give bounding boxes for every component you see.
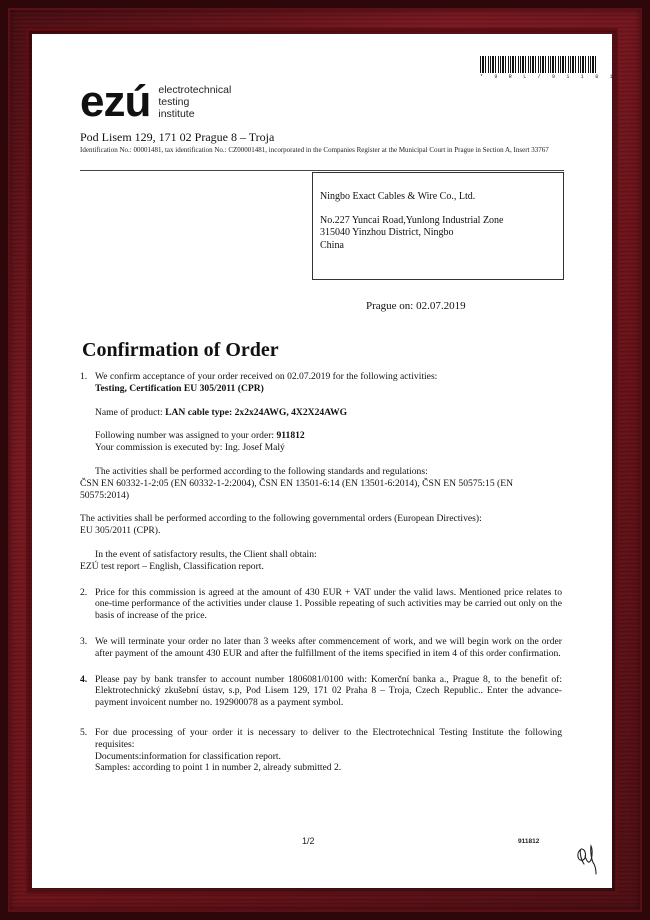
results: EZÚ test report – English, Classificatio…: [80, 561, 562, 573]
standards-intro: The activities shall be performed accord…: [95, 466, 562, 478]
clause-4: 4. Please pay by bank transfer to accoun…: [80, 674, 562, 709]
place-date: Prague on: 02.07.2019: [366, 300, 466, 312]
product-label: Name of product:: [95, 407, 165, 418]
page-number: 1/2: [302, 836, 315, 846]
order-number-label: Following number was assigned to your or…: [95, 430, 276, 441]
barcode-text: * 9 R L / 9 1 1 8 1 2 *: [480, 74, 598, 80]
recipient-address-line: 315040 Yinzhou District, Ningbo: [320, 227, 563, 240]
logo-line: testing: [158, 96, 231, 108]
clause-5-text: For due processing of your order it is n…: [95, 727, 562, 751]
activity: Testing, Certification EU 305/2011 (CPR): [95, 383, 562, 395]
recipient-address-line: No.227 Yuncai Road,Yunlong Industrial Zo…: [320, 215, 563, 228]
clause-number: 5.: [80, 727, 87, 739]
clause-2-text: Price for this commission is agreed at t…: [95, 587, 562, 622]
logo-text: electrotechnical testing institute: [158, 84, 231, 120]
institute-address: Pod Lisem 129, 171 02 Prague 8 – Troja: [80, 130, 274, 145]
recipient-company: Ningbo Exact Cables & Wire Co., Ltd.: [320, 191, 563, 204]
identification-info: Identification No.: 00001481, tax identi…: [80, 146, 580, 156]
ezu-logo: ezú electrotechnical testing institute: [80, 84, 231, 120]
document-title: Confirmation of Order: [82, 339, 279, 362]
executor: Your commission is executed by: Ing. Jos…: [95, 442, 562, 454]
logo-line: institute: [158, 108, 231, 120]
recipient-country: China: [320, 240, 563, 253]
clause-3-text: We will terminate your order no later th…: [95, 636, 562, 660]
product-line: Name of product: LAN cable type: 2x2x24A…: [95, 407, 562, 419]
clause-number: 2.: [80, 587, 87, 599]
gov-orders: EU 305/2011 (CPR).: [80, 525, 562, 537]
barcode-bars: [480, 56, 598, 73]
barcode: * 9 R L / 9 1 1 8 1 2 *: [480, 56, 598, 82]
clause-4-text: Please pay by bank transfer to account n…: [95, 674, 562, 709]
order-number-line: Following number was assigned to your or…: [95, 430, 562, 442]
clause-3: 3. We will terminate your order no later…: [80, 636, 562, 660]
recipient-address-box: Ningbo Exact Cables & Wire Co., Ltd. No.…: [312, 172, 564, 280]
clause-1-intro: We confirm acceptance of your order rece…: [95, 371, 562, 383]
results-intro: In the event of satisfactory results, th…: [80, 549, 562, 561]
documents-requisite: Documents:information for classification…: [95, 751, 562, 763]
clause-5: 5. For due processing of your order it i…: [80, 727, 562, 774]
signature-icon: [574, 840, 604, 876]
samples-requisite: Samples: according to point 1 in number …: [95, 762, 562, 774]
standards-list: ČSN EN 60332-1-2:05 (EN 60332-1-2:2004),…: [80, 478, 562, 502]
clause-1: 1. We confirm acceptance of your order r…: [80, 371, 562, 478]
logo-mark: ezú: [80, 84, 150, 120]
document-body: 1. We confirm acceptance of your order r…: [80, 371, 562, 774]
product-value: LAN cable type: 2x2x24AWG, 4X2X24AWG: [165, 407, 347, 418]
clause-number: 1.: [80, 371, 87, 383]
clause-number: 3.: [80, 636, 87, 648]
header-divider: [80, 170, 564, 171]
order-number: 911812: [276, 430, 304, 441]
clause-2: 2. Price for this commission is agreed a…: [80, 587, 562, 622]
clause-number: 4.: [80, 674, 87, 686]
gov-orders-intro: The activities shall be performed accord…: [80, 513, 562, 525]
footer-order-ref: 911812: [518, 838, 539, 845]
logo-line: electrotechnical: [158, 84, 231, 96]
